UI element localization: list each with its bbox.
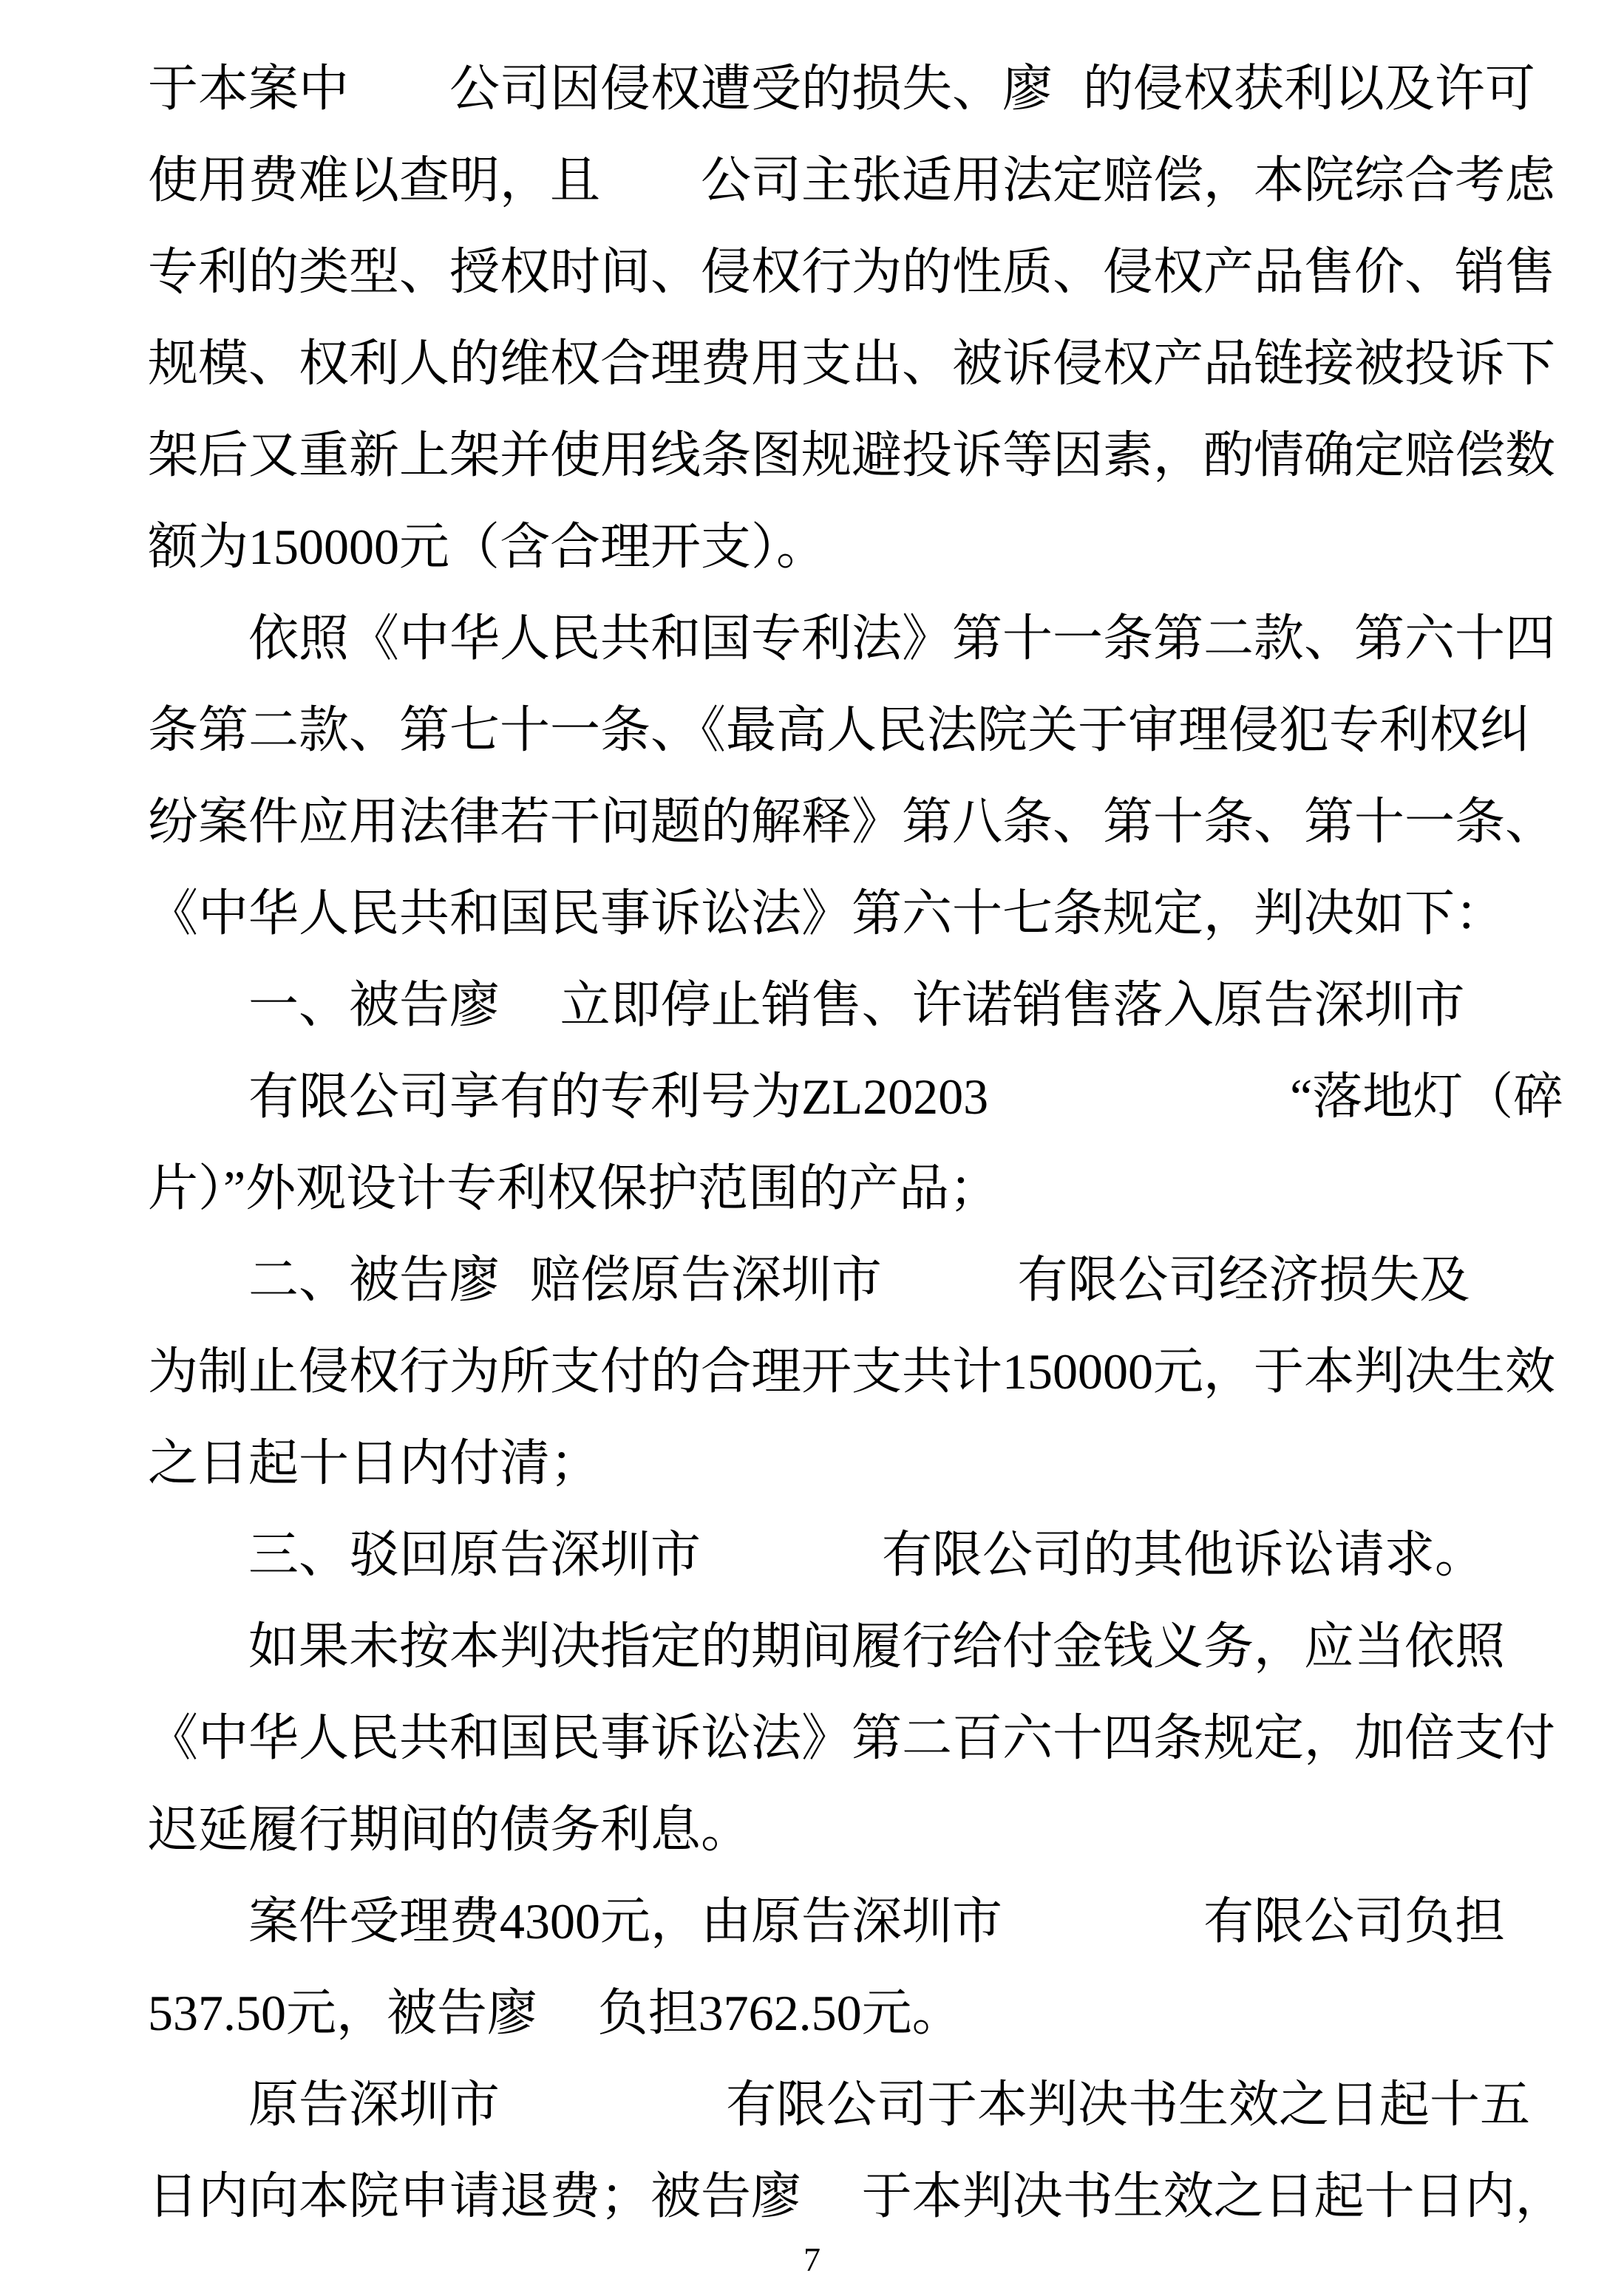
text-line: 日内向本院申请退费；被告廖于本判决书生效之日起十日内， [148, 2150, 1515, 2242]
text-line: 专利的类型、授权时间、侵权行为的性质、侵权产品售价、销售 [148, 226, 1515, 318]
text-segment: 之日起十日内付清； [148, 1435, 600, 1491]
text-segment: 使用费难以查明，且 [148, 152, 600, 208]
text-segment: 额为150000元（含合理开支）。 [148, 519, 826, 575]
text-line: 如果未按本判决指定的期间履行给付金钱义务，应当依照 [148, 1601, 1515, 1692]
page-number: 7 [0, 2238, 1624, 2282]
paragraph-indent [148, 1938, 248, 1938]
text-segment: 公司主张适用法定赔偿，本院综合考虑 [701, 152, 1555, 208]
text-segment: 架后又重新上架并使用线条图规避投诉等因素，酌情确定赔偿数 [148, 427, 1555, 483]
redacted-gap [1053, 105, 1083, 106]
text-segment: “落地灯（碎 [1290, 1069, 1563, 1125]
text-segment: 537.50元，被告廖 [148, 1985, 537, 2041]
redacted-gap [500, 2121, 726, 2122]
text-line: 537.50元，被告廖负担3762.50元。 [148, 1967, 1515, 2059]
text-segment: 迟延履行期间的债务利息。 [148, 1802, 751, 1858]
text-line: 之日起十日内付清； [148, 1417, 1515, 1509]
text-line: 三、驳回原告深圳市有限公司的其他诉讼请求。 [148, 1509, 1515, 1601]
text-segment: 《中华人民共和国民事诉讼法》第二百六十四条规定，加倍支付 [148, 1710, 1555, 1766]
text-segment: 为制止侵权行为所支付的合理开支共计150000元，于本判决生效 [148, 1343, 1555, 1400]
redacted-gap [882, 1296, 1018, 1297]
text-line: 案件受理费4300元，由原告深圳市有限公司负担 [148, 1876, 1515, 1967]
text-line: 条第二款、第七十一条、《最高人民法院关于审理侵犯专利权纠 [148, 684, 1515, 776]
redacted-gap [801, 2212, 862, 2213]
text-segment: 有限公司负担 [1203, 1893, 1505, 1949]
text-segment: 于本案中 [148, 61, 349, 117]
text-segment: 赔偿原告深圳市 [530, 1252, 882, 1308]
text-line: 为制止侵权行为所支付的合理开支共计150000元，于本判决生效 [148, 1326, 1515, 1417]
redacted-gap [600, 197, 701, 197]
text-line: 二、被告廖赔偿原告深圳市有限公司经济损失及 [148, 1234, 1515, 1326]
text-line: 《中华人民共和国民事诉讼法》第二百六十四条规定，加倍支付 [148, 1692, 1515, 1784]
paragraph-indent [148, 1663, 248, 1663]
text-line: 迟延履行期间的债务利息。 [148, 1784, 1515, 1876]
text-line: 有限公司享有的专利号为ZL20203“落地灯（碎 [148, 1051, 1515, 1142]
text-segment: 规模、权利人的维权合理费用支出、被诉侵权产品链接被投诉下 [148, 335, 1555, 392]
text-segment: 三、驳回原告深圳市 [248, 1527, 701, 1583]
text-segment: 有限公司的其他诉讼请求。 [882, 1527, 1485, 1583]
text-segment: 片）”外观设计专利权保护范围的产品； [148, 1160, 999, 1216]
text-segment: 条第二款、第七十一条、《最高人民法院关于审理侵犯专利权纠 [148, 702, 1530, 758]
text-segment: 日内向本院申请退费；被告廖 [148, 2168, 801, 2224]
text-segment: 案件受理费4300元，由原告深圳市 [248, 1893, 1002, 1949]
text-segment: 《中华人民共和国民事诉讼法》第六十七条规定，判决如下： [148, 885, 1505, 941]
text-segment: 依照《中华人民共和国专利法》第十一条第二款、第六十四 [248, 610, 1555, 667]
redacted-gap [500, 1021, 560, 1022]
text-segment: 纷案件应用法律若干问题的解释》第八条、第十条、第十一条、 [148, 794, 1555, 850]
text-segment: 一、被告廖 [248, 977, 500, 1033]
judgment-page: 于本案中公司因侵权遭受的损失、廖的侵权获利以及许可使用费难以查明，且公司主张适用… [0, 0, 1624, 2296]
document-body: 于本案中公司因侵权遭受的损失、廖的侵权获利以及许可使用费难以查明，且公司主张适用… [148, 43, 1515, 2242]
text-segment: 有限公司经济损失及 [1017, 1252, 1470, 1308]
paragraph-indent [148, 655, 248, 655]
redacted-gap [148, 1113, 248, 1114]
redacted-gap [537, 2029, 598, 2030]
text-segment: 的侵权获利以及许可 [1083, 61, 1535, 117]
text-segment: 有限公司享有的专利号为ZL20203 [248, 1069, 988, 1125]
text-segment: 如果未按本判决指定的期间履行给付金钱义务，应当依照 [248, 1618, 1505, 1675]
text-line: 规模、权利人的维权合理费用支出、被诉侵权产品链接被投诉下 [148, 318, 1515, 409]
text-segment: 原告深圳市 [248, 2077, 500, 2133]
redacted-gap [349, 105, 449, 106]
text-line: 原告深圳市有限公司于本判决书生效之日起十五 [148, 2059, 1515, 2150]
text-segment: 于本判决书生效之日起十日内， [862, 2168, 1566, 2224]
text-segment: 负担3762.50元。 [598, 1985, 962, 2041]
redacted-gap [701, 1571, 882, 1572]
paragraph-indent [148, 2121, 248, 2122]
paragraph-indent [148, 1021, 248, 1022]
text-line: 使用费难以查明，且公司主张适用法定赔偿，本院综合考虑 [148, 134, 1515, 226]
text-segment: 立即停止销售、许诺销售落入原告深圳市 [560, 977, 1465, 1033]
text-segment: 专利的类型、授权时间、侵权行为的性质、侵权产品售价、销售 [148, 244, 1555, 300]
text-line: 依照《中华人民共和国专利法》第十一条第二款、第六十四 [148, 593, 1515, 684]
redacted-gap [1002, 1938, 1203, 1938]
redacted-gap [500, 1296, 530, 1297]
text-line: 纷案件应用法律若干问题的解释》第八条、第十条、第十一条、 [148, 776, 1515, 868]
text-line: 于本案中公司因侵权遭受的损失、廖的侵权获利以及许可 [148, 43, 1515, 134]
text-segment: 公司因侵权遭受的损失、廖 [449, 61, 1053, 117]
text-line: 《中华人民共和国民事诉讼法》第六十七条规定，判决如下： [148, 868, 1515, 959]
paragraph-indent [148, 1571, 248, 1572]
text-line: 架后又重新上架并使用线条图规避投诉等因素，酌情确定赔偿数 [148, 409, 1515, 501]
redacted-gap [988, 1113, 1290, 1114]
text-segment: 有限公司于本判决书生效之日起十五 [726, 2077, 1530, 2133]
text-line: 一、被告廖立即停止销售、许诺销售落入原告深圳市 [148, 959, 1515, 1051]
paragraph-indent [148, 1296, 248, 1297]
text-line: 片）”外观设计专利权保护范围的产品； [148, 1142, 1515, 1234]
text-line: 额为150000元（含合理开支）。 [148, 501, 1515, 593]
text-segment: 二、被告廖 [248, 1252, 500, 1308]
